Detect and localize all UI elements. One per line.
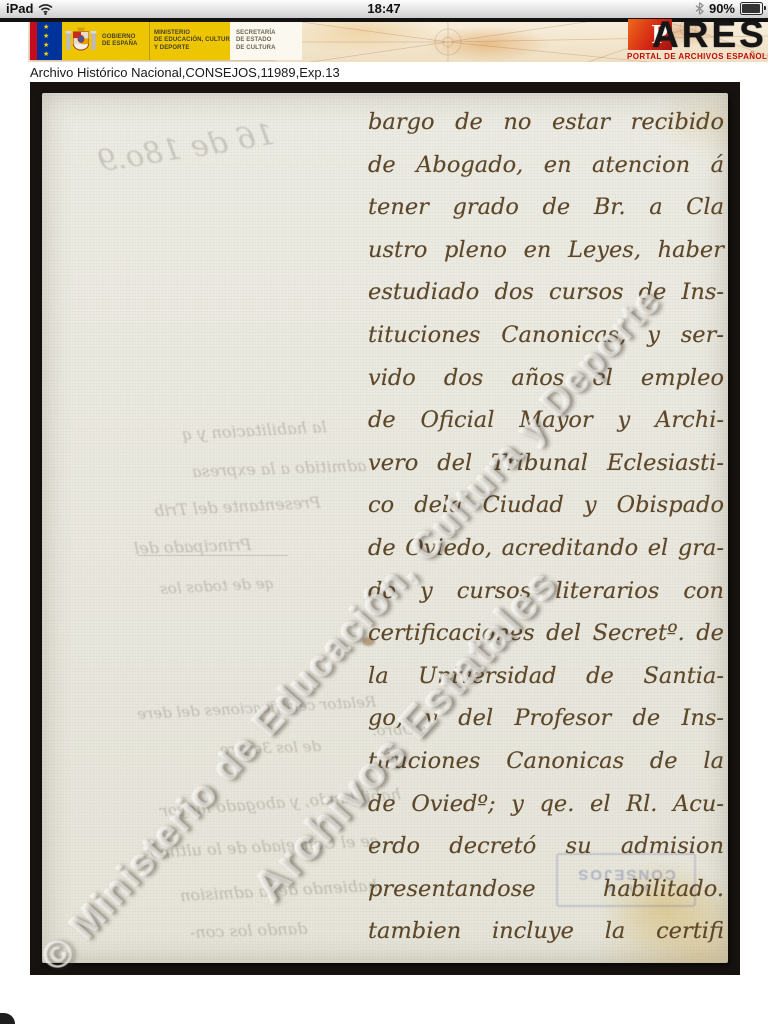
manuscript-line: bargo de no estar recibido [368, 101, 724, 144]
battery-fill [742, 4, 760, 13]
pares-wordmark: ARES [652, 14, 767, 56]
pares-tagline: PORTAL DE ARCHIVOS ESPAÑOLES [627, 52, 768, 61]
battery-nub [764, 6, 767, 10]
paper-crease [138, 555, 288, 556]
status-bar: iPad 18:47 90% [0, 0, 768, 18]
manuscript-line: vero del Tribunal Eclesiasti- [368, 442, 724, 485]
manuscript-line: de Abogado, en atencion á [368, 144, 724, 187]
manuscript-viewer[interactable]: 16 de 18o.9 la habilitacion y q admitido… [30, 82, 740, 975]
manuscript-line: erdo decretó su admision [368, 825, 724, 868]
portal-header: ★★★★ GOBIERNO DE ESPAÑA M [0, 18, 768, 62]
clock: 18:47 [0, 1, 768, 16]
ghost-text-line: admitido a la expresa [192, 456, 367, 481]
secretaria-label: SECRETARÍA DE ESTADO DE CULTURA [230, 22, 302, 60]
manuscript-line: tener grado de Br. a Cla [368, 186, 724, 229]
manuscript-line: presentandose habilitado. [368, 868, 724, 911]
gobierno-line1: GOBIERNO [102, 34, 149, 42]
spain-eu-flag: ★★★★ [30, 22, 62, 60]
screen: { "status_bar": { "device_label": "iPad"… [0, 0, 768, 1024]
ministerio-line2: DE EDUCACIÓN, CULTURA [154, 37, 230, 45]
secretaria-line3: DE CULTURA [236, 45, 302, 53]
ghost-text-line: 16 de 18o.9 [95, 117, 277, 179]
flag-red-stripe [30, 22, 37, 60]
gobierno-line2: DE ESPAÑA [102, 41, 149, 49]
battery-icon [740, 2, 763, 15]
archive-reference: Archivo Histórico Nacional,CONSEJOS,1198… [30, 65, 340, 80]
ghost-text-line: la habilitacion y q [182, 417, 327, 444]
status-bar-right: 90% [695, 1, 763, 16]
manuscript-line: tituciones Canonicas, y ser- [368, 314, 724, 357]
document-reference-bar: Archivo Histórico Nacional,CONSEJOS,1198… [0, 62, 768, 82]
ministerio-line3: Y DEPORTE [154, 45, 230, 53]
manuscript-line: certificaciones del Secretº. de [368, 612, 724, 655]
battery-percent: 90% [709, 1, 735, 16]
ghost-text-line: dando los con- [190, 919, 308, 942]
ghost-text-line: qe de todos los [160, 574, 275, 598]
gobierno-de-espana-logo[interactable]: ★★★★ GOBIERNO DE ESPAÑA M [30, 22, 276, 60]
page-curl-corner[interactable] [0, 1013, 15, 1024]
ministerio-label: MINISTERIO DE EDUCACIÓN, CULTURA Y DEPOR… [150, 22, 230, 60]
bluetooth-icon [695, 2, 704, 15]
manuscript-line: tambien incluye la certifi [368, 910, 724, 953]
secretaria-line2: DE ESTADO [236, 37, 302, 45]
eu-stars: ★★★★ [43, 23, 49, 59]
coat-of-arms-field [62, 22, 100, 60]
manuscript-line: de Oviedº; y qe. el Rl. Acu- [368, 783, 724, 826]
ghost-text-line: Presentante del Trib [154, 493, 321, 521]
gobierno-label: GOBIERNO DE ESPAÑA [100, 22, 149, 60]
secretaria-line1: SECRETARÍA [236, 30, 302, 38]
manuscript-line: ustro pleno en Leyes, haber [368, 229, 724, 272]
pares-logo[interactable]: P ARES PORTAL DE ARCHIVOS ESPAÑOLES [626, 18, 768, 62]
spain-coat-of-arms-icon [64, 25, 98, 57]
